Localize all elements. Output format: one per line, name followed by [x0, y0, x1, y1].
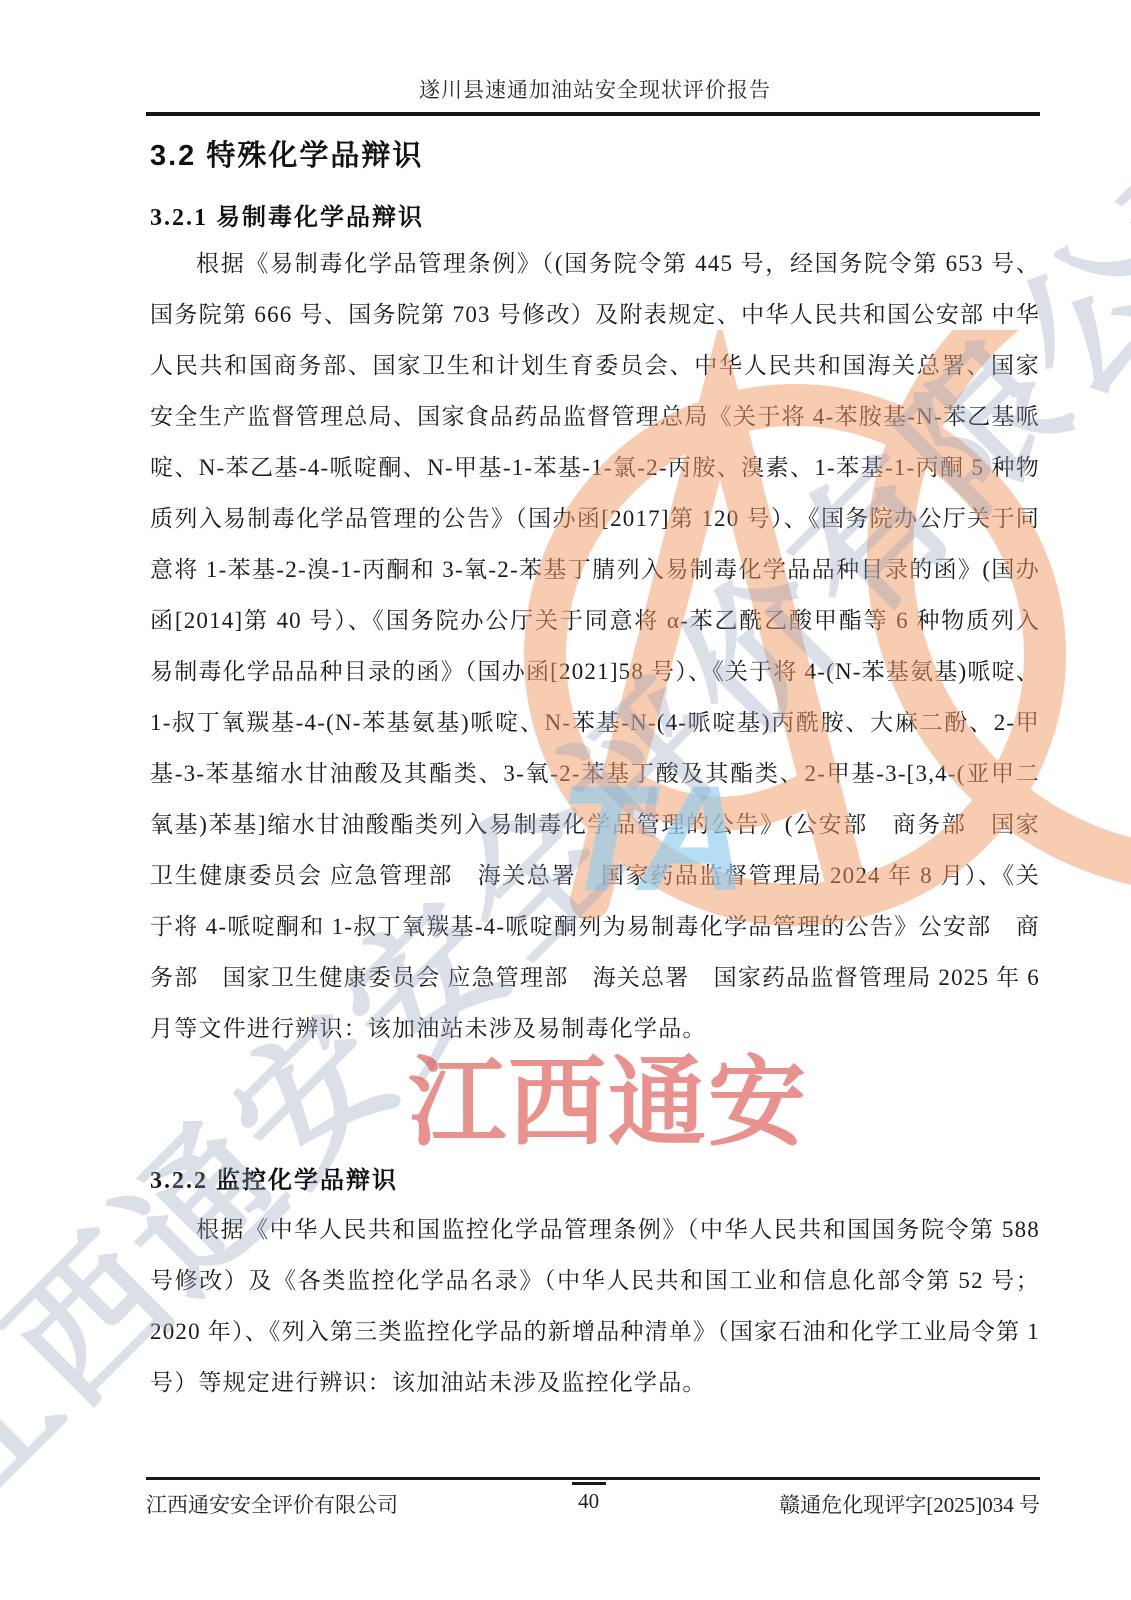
footer-page-number-wrap: 40 [559, 1489, 619, 1514]
report-page: { "document": { "header_title": "遂川县速通加油… [0, 0, 1131, 1600]
subsection-heading-1: 3.2.1 易制毒化学品辩识 [150, 197, 424, 232]
page-number: 40 [578, 1489, 599, 1513]
paragraph-precursor-chemicals: 根据《易制毒化学品管理条例》（(国务院令第 445 号，经国务院令第 653 号… [150, 238, 1040, 1160]
paragraph-monitored-chemicals: 根据《中华人民共和国监控化学品管理条例》（中华人民共和国国务院令第 588 号修… [150, 1204, 1040, 1469]
subsection-heading-2: 3.2.2 监控化学品辩识 [150, 1160, 398, 1195]
page-number-rule [572, 1482, 606, 1485]
header-rule [146, 112, 1040, 116]
footer-doc-number: 赣通危化现评字[2025]034 号 [779, 1489, 1040, 1519]
page-header-title: 遂川县速通加油站安全现状评价报告 [150, 74, 1040, 104]
section-heading: 3.2 特殊化学品辩识 [150, 133, 423, 174]
footer-company: 江西通安安全评价有限公司 [146, 1489, 398, 1519]
page-footer: 江西通安安全评价有限公司 40 赣通危化现评字[2025]034 号 [146, 1477, 1040, 1519]
